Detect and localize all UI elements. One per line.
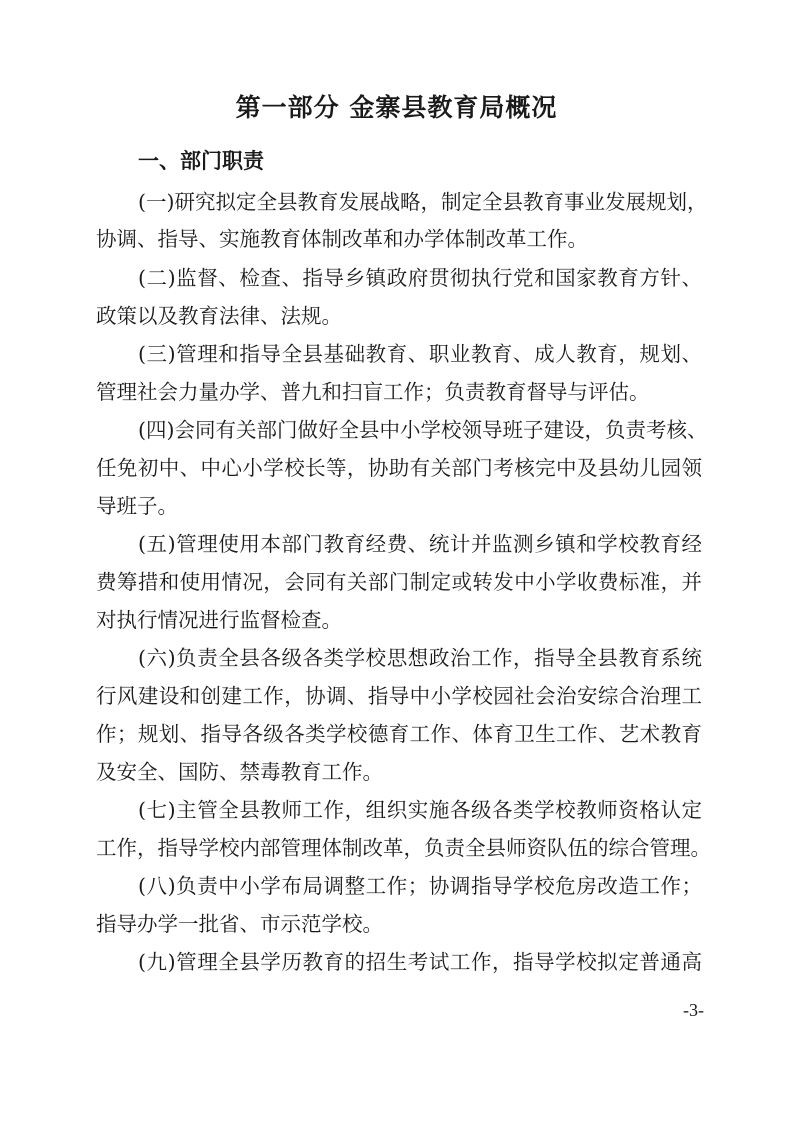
paragraph-2-line-1: (二)监督、检查、指导乡镇政府贯彻执行党和国家教育方针、 [138, 266, 703, 290]
paragraph-2-line-2: 政策以及教育法律、法规。 [96, 304, 342, 328]
section-heading: 一、部门职责 [138, 145, 264, 175]
paragraph-4-line-2: 任免初中、中心小学校长等，协助有关部门考核完中及县幼儿园领 [96, 456, 702, 480]
paragraph-6-line-3: 作；规划、指导各级各类学校德育工作、体育卫生工作、艺术教育 [96, 722, 702, 746]
paragraph-8-line-1: (八)负责中小学布局调整工作；协调指导学校危房改造工作； [138, 874, 703, 898]
paragraph-6-line-1: (六)负责全县各级各类学校思想政治工作，指导全县教育系统 [138, 646, 703, 670]
paragraph-7-line-2: 工作，指导学校内部管理体制改革，负责全县师资队伍的综合管理。 [96, 836, 711, 860]
paragraph-5-line-3: 对执行情况进行监督检查。 [96, 608, 342, 632]
paragraph-6-line-2: 行风建设和创建工作，协调、指导中小学校园社会治安综合治理工 [96, 684, 702, 708]
paragraph-3-line-1: (三)管理和指导全县基础教育、职业教育、成人教育，规划、 [138, 342, 703, 366]
paragraph-4-line-3: 导班子。 [96, 494, 178, 518]
paragraph-3-line-2: 管理社会力量办学、普九和扫盲工作；负责教育督导与评估。 [96, 380, 650, 404]
paragraph-8-line-2: 指导办学一批省、市示范学校。 [96, 912, 383, 936]
paragraph-6-line-4: 及安全、国防、禁毒教育工作。 [96, 760, 383, 784]
paragraph-9-line-1: (九)管理全县学历教育的招生考试工作，指导学校拟定普通高 [138, 950, 703, 974]
paragraph-1-line-1: (一)研究拟定全县教育发展战略，制定全县教育事业发展规划， [138, 190, 708, 214]
paragraph-4-line-1: (四)会同有关部门做好全县中小学校领导班子建设，负责考核、 [138, 418, 708, 442]
document-page: 第一部分 金寨县教育局概况 一、部门职责 (一)研究拟定全县教育发展战略，制定全… [0, 0, 793, 1122]
paragraph-1-line-2: 协调、指导、实施教育体制改革和办学体制改革工作。 [96, 227, 588, 251]
page-number: -3- [683, 1000, 704, 1021]
paragraph-7-line-1: (七)主管全县教师工作，组织实施各级各类学校教师资格认定 [138, 798, 703, 822]
paragraph-5-line-1: (五)管理使用本部门教育经费、统计并监测乡镇和学校教育经 [138, 532, 703, 556]
paragraph-5-line-2: 费筹措和使用情况，会同有关部门制定或转发中小学收费标准，并 [96, 570, 702, 594]
page-title: 第一部分 金寨县教育局概况 [0, 88, 793, 124]
